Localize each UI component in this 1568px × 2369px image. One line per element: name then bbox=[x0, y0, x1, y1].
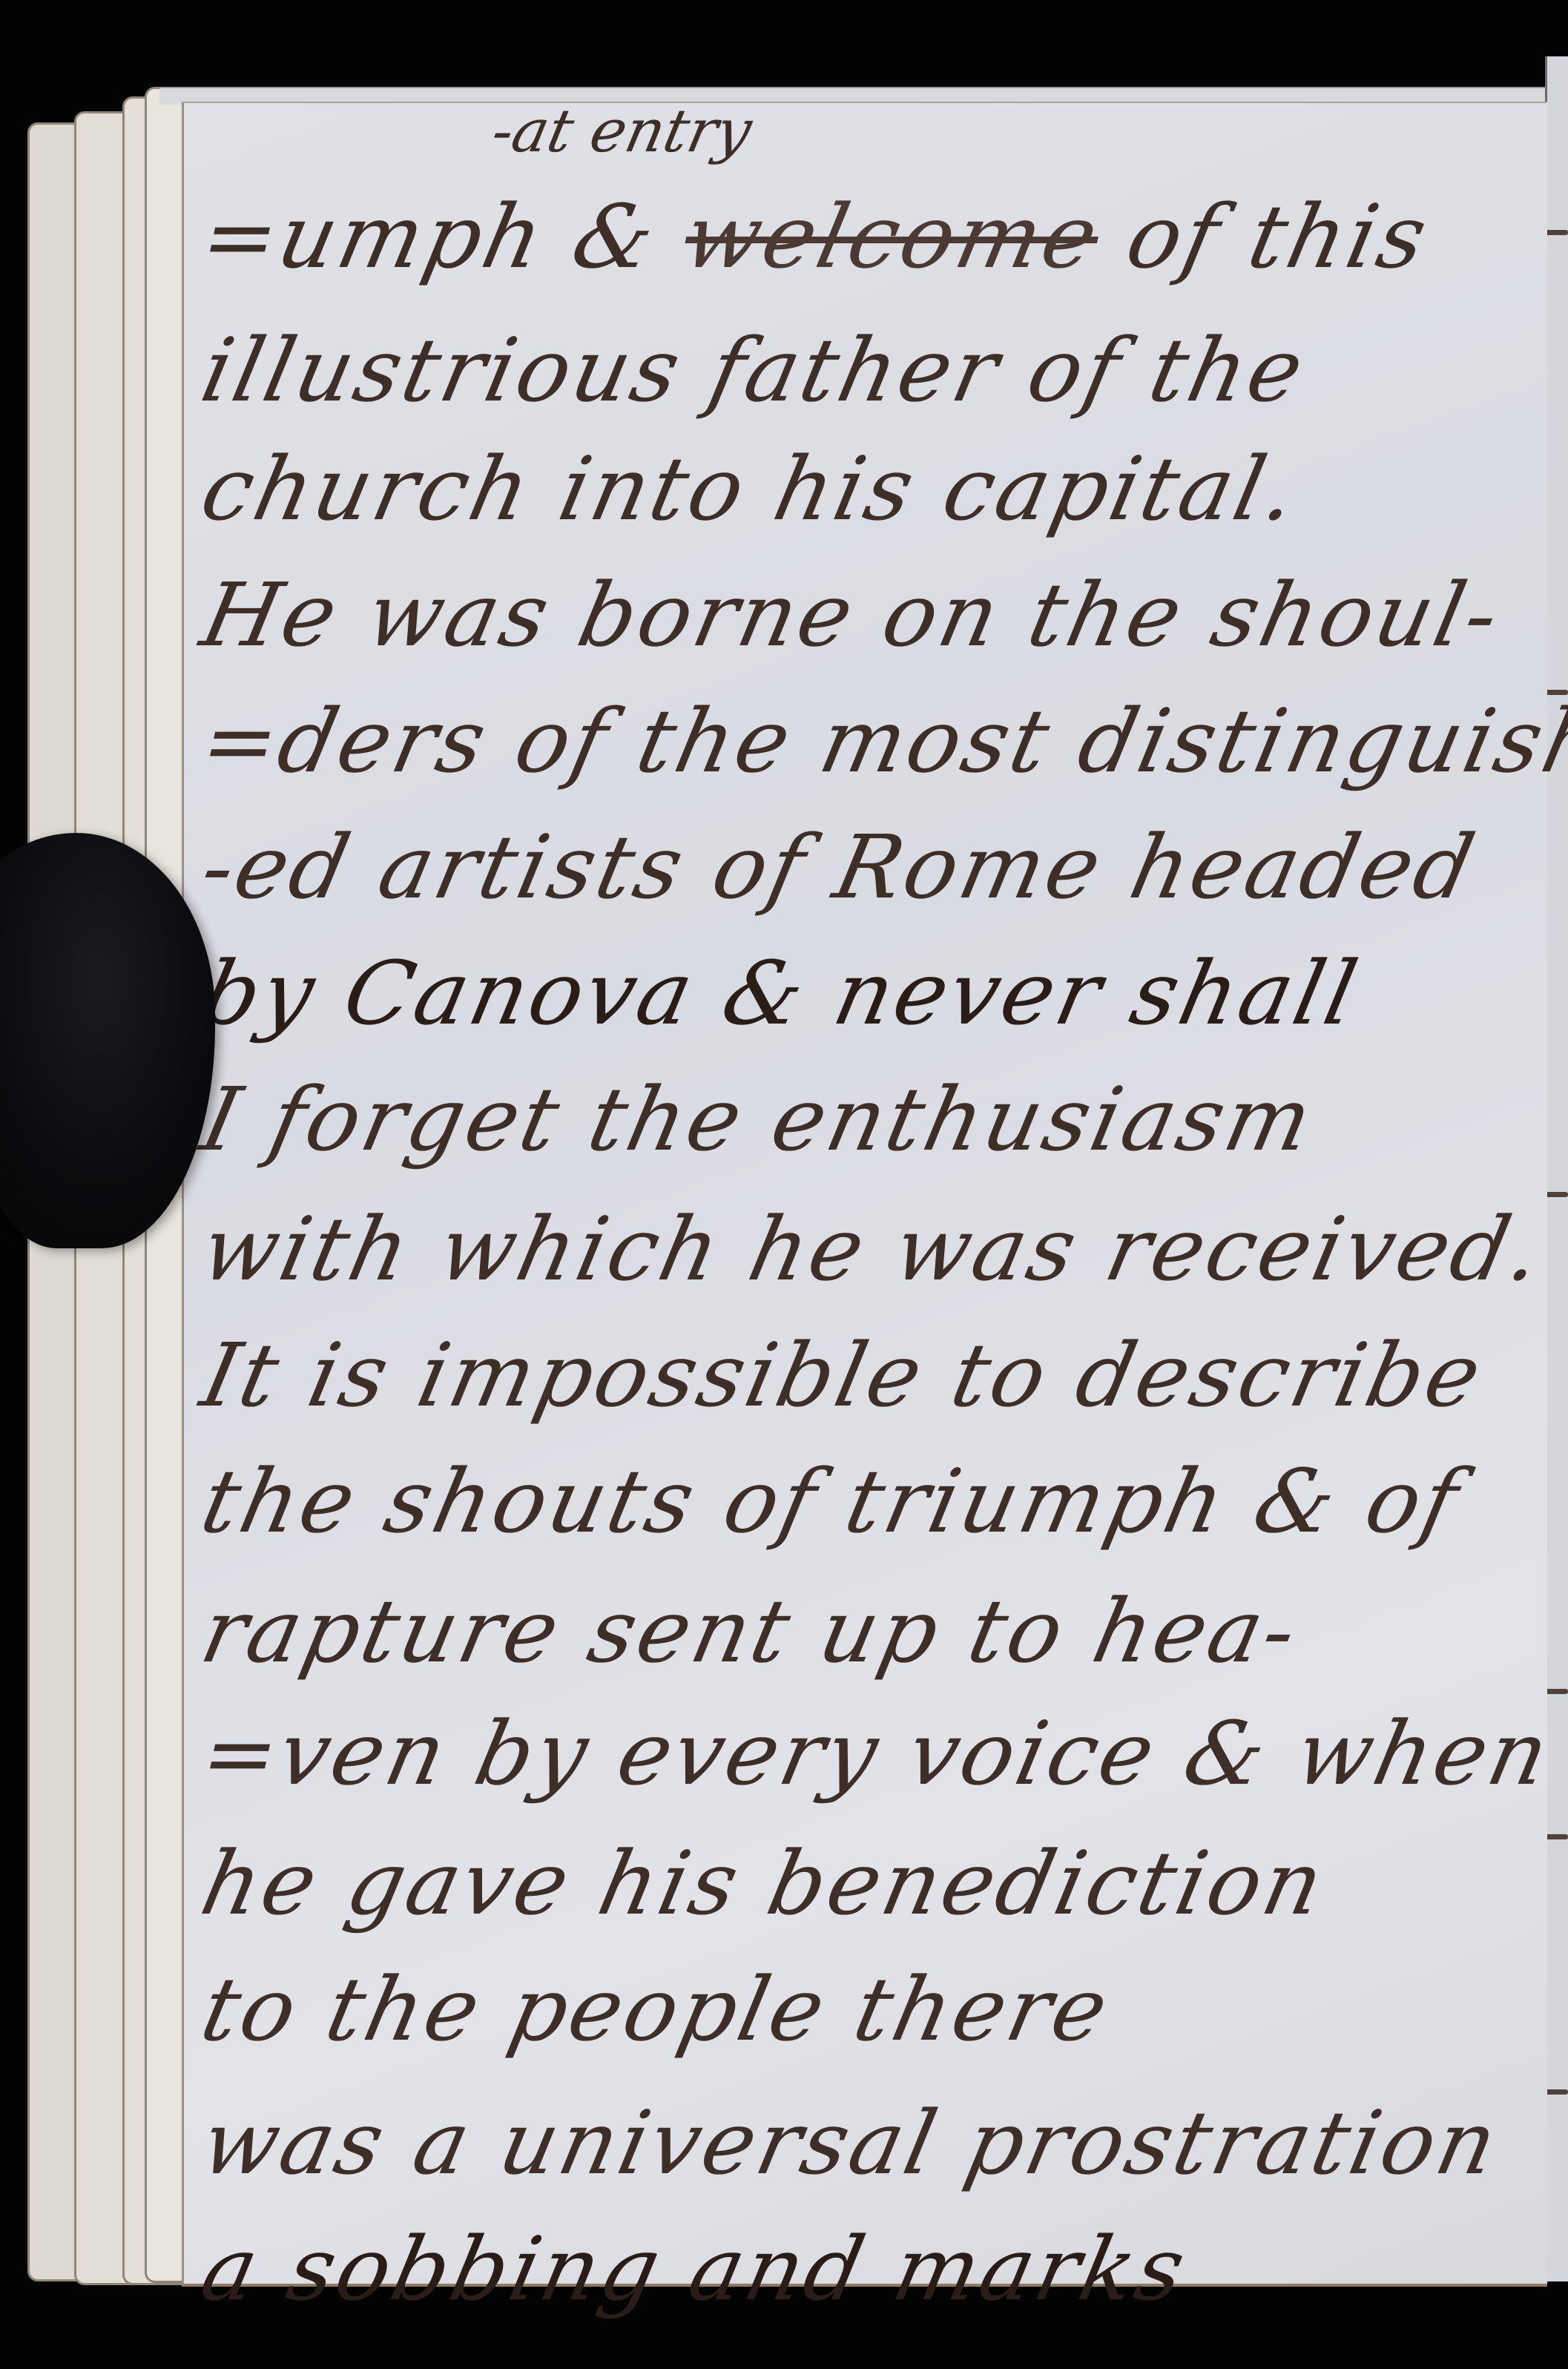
text-line-3: church into his capital. bbox=[193, 438, 1308, 540]
text-line-4: He was borne on the shoul- bbox=[193, 564, 1510, 666]
text-line-12: rapture sent up to hea- bbox=[193, 1580, 1308, 1682]
text-line-13: =ven by every voice & when bbox=[193, 1702, 1560, 1805]
text-line-9: with which he was received. bbox=[193, 1198, 1553, 1300]
text-line-14: he gave his benediction bbox=[193, 1832, 1334, 1934]
text-line-2: illustrious father of the bbox=[193, 319, 1314, 421]
text-line-8: I forget the enthusiasm bbox=[193, 1068, 1323, 1170]
interlinear-insertion: -at entry bbox=[486, 96, 758, 165]
text-line-15: to the people there bbox=[193, 1958, 1119, 2060]
text-line-11: the shouts of triumph & of bbox=[193, 1450, 1469, 1552]
text-line-17: a sobbing and marks bbox=[193, 2218, 1196, 2320]
struck-word: welcome bbox=[676, 185, 1110, 288]
facing-page-gutter bbox=[1545, 56, 1568, 2281]
text-line-16: was a universal prostration bbox=[193, 2092, 1508, 2194]
line-1-prefix: =umph & bbox=[193, 185, 697, 288]
text-line-7: by Canova & never shall bbox=[193, 942, 1368, 1044]
line-1-suffix: of this bbox=[1087, 185, 1438, 288]
text-line-5: =ders of the most distinguish bbox=[193, 690, 1568, 792]
text-line-10: It is impossible to describe bbox=[193, 1324, 1492, 1426]
text-line-6: -ed artists of Rome headed bbox=[193, 816, 1485, 918]
text-line-1: =umph & welcome of this bbox=[193, 185, 1438, 288]
